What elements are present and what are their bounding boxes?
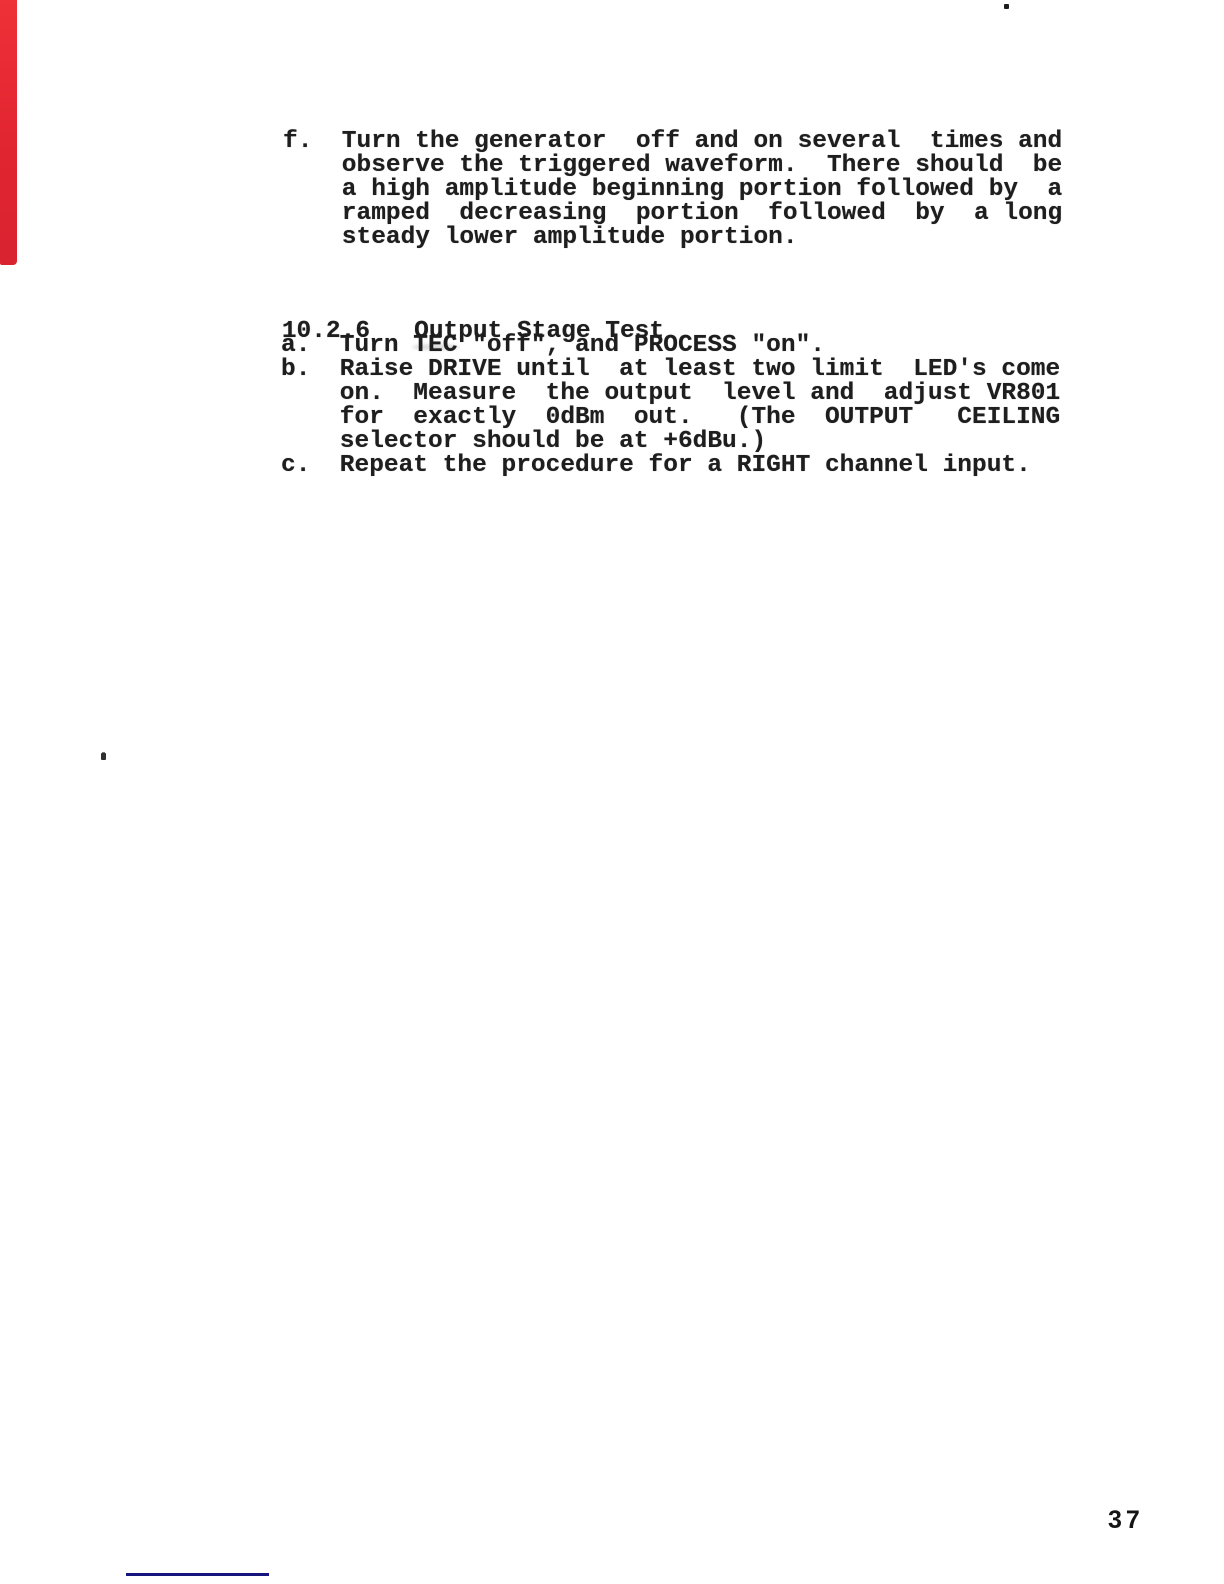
- step-b-label: b.: [281, 358, 310, 382]
- step-b-line: for exactly 0dBm out. (The OUTPUT CEILIN…: [340, 406, 1060, 430]
- step-b-line: on. Measure the output level and adjust …: [340, 382, 1060, 406]
- step-a-line: Turn TEC "off", and PROCESS "on".: [340, 334, 825, 358]
- step-f-line: ramped decreasing portion followed by a …: [342, 202, 1062, 226]
- step-b-line: selector should be at +6dBu.): [340, 430, 1060, 454]
- procedure-step-b: b. Raise DRIVE until at least two limit …: [281, 358, 1060, 454]
- scanned-document-page: f. Turn the generator off and on several…: [0, 0, 1224, 1584]
- ink-speck-left-margin: [101, 753, 106, 760]
- step-c-line: Repeat the procedure for a RIGHT channel…: [340, 454, 1031, 478]
- procedure-step-a: a. Turn TEC "off", and PROCESS "on".: [281, 334, 825, 358]
- page-number: 37: [1108, 1506, 1144, 1535]
- step-a-label: a.: [281, 334, 310, 358]
- step-b-line: Raise DRIVE until at least two limit LED…: [340, 358, 1060, 382]
- step-f-line: steady lower amplitude portion.: [342, 226, 1062, 250]
- procedure-step-c: c. Repeat the procedure for a RIGHT chan…: [281, 454, 1031, 478]
- red-scan-edge-mark: [0, 0, 17, 265]
- ink-speck-top-right: [1004, 4, 1009, 9]
- blue-underline-mark: [126, 1573, 269, 1576]
- step-f-line: observe the triggered waveform. There sh…: [342, 154, 1062, 178]
- step-f-label: f.: [283, 130, 312, 154]
- step-c-label: c.: [281, 454, 310, 478]
- procedure-step-f: f. Turn the generator off and on several…: [283, 130, 1062, 250]
- step-f-line: a high amplitude beginning portion follo…: [342, 178, 1062, 202]
- step-f-line: Turn the generator off and on several ti…: [342, 130, 1062, 154]
